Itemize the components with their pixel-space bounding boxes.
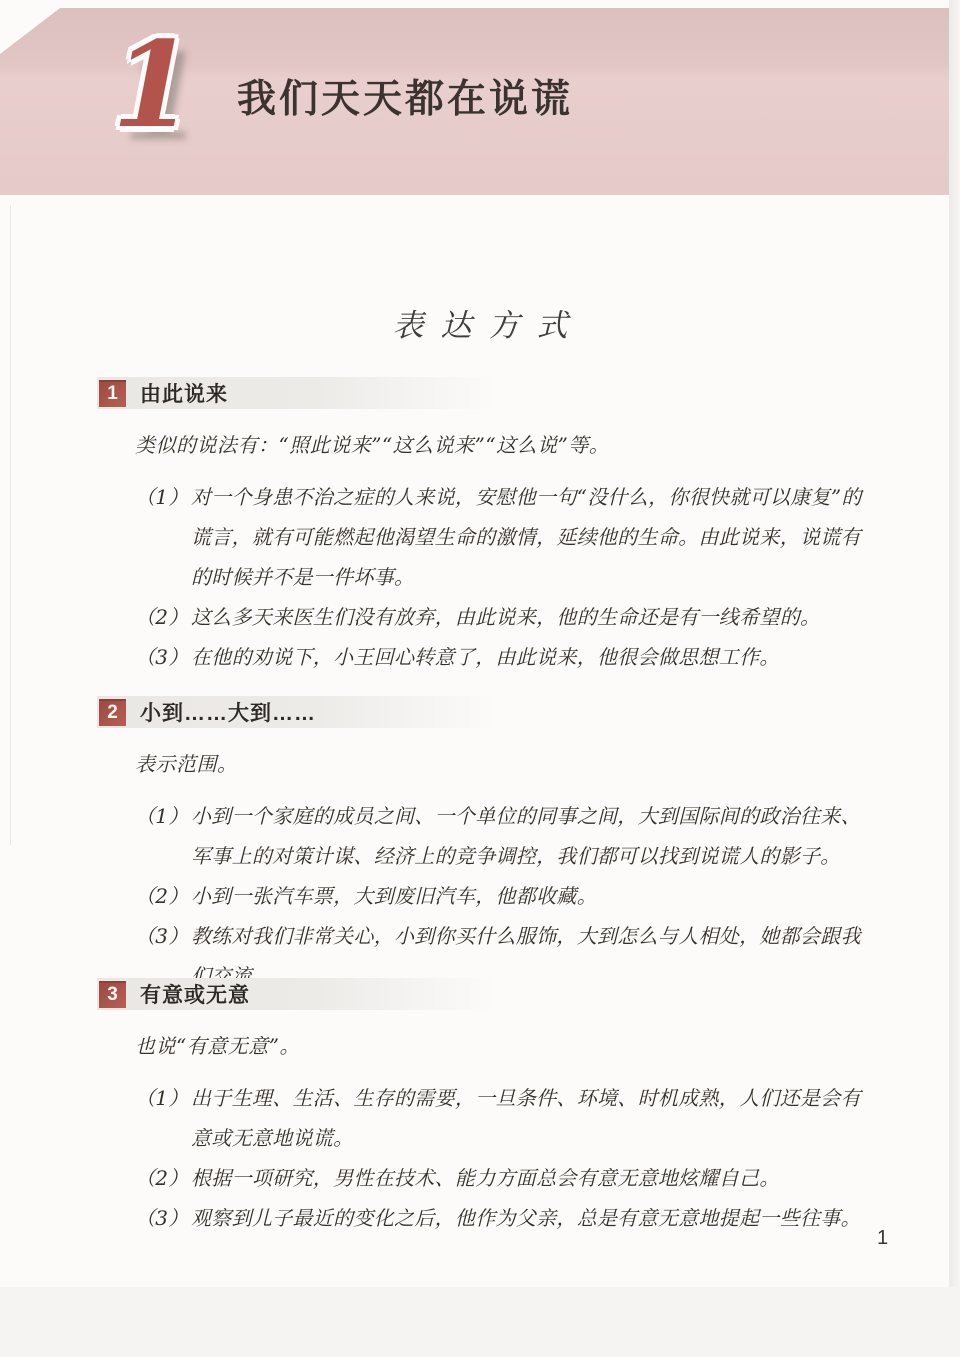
- example-list: （1） 出于生理、生活、生存的需要，一旦条件、环境、时机成熟，人们还是会有意或无…: [135, 1078, 875, 1238]
- example-item: （1） 对一个身患不治之症的人来说，安慰他一句“没什么，你很快就可以康复”的谎言…: [135, 477, 875, 597]
- example-item: （2） 这么多天来医生们没有放弃，由此说来，他的生命还是有一线希望的。: [135, 597, 875, 637]
- section-title: 小到……大到……: [140, 697, 316, 727]
- section-title: 由此说来: [140, 378, 228, 408]
- example-marker: （3）: [135, 1198, 189, 1238]
- example-marker: （1）: [135, 1078, 189, 1118]
- example-marker: （3）: [135, 637, 189, 677]
- example-marker: （1）: [135, 796, 189, 836]
- example-marker: （3）: [135, 916, 189, 956]
- section-xiaodao-dadao: 2 小到……大到…… 表示范围。 （1） 小到一个家庭的成员之间、一个单位的同事…: [99, 697, 875, 996]
- example-item: （1） 小到一个家庭的成员之间、一个单位的同事之间，大到国际间的政治往来、军事上…: [135, 796, 875, 876]
- chapter-title: 我们天天都在说谎: [237, 68, 573, 124]
- example-marker: （2）: [135, 597, 189, 637]
- scan-bottom-shade: [0, 1287, 960, 1357]
- section-intro: 类似的说法有：“照此说来”“这么说来”“这么说”等。: [135, 425, 875, 465]
- example-text: 观察到儿子最近的变化之后，他作为父亲，总是有意无意地提起一些往事。: [191, 1206, 861, 1230]
- section-intro: 也说“有意无意”。: [135, 1026, 875, 1066]
- example-item: （3） 在他的劝说下，小王回心转意了，由此说来，他很会做思想工作。: [135, 637, 875, 677]
- example-item: （3） 观察到儿子最近的变化之后，他作为父亲，总是有意无意地提起一些往事。: [135, 1198, 875, 1238]
- scan-right-edge: [949, 0, 960, 1357]
- section-header: 2 小到……大到……: [99, 697, 875, 727]
- example-marker: （2）: [135, 876, 189, 916]
- example-text: 在他的劝说下，小王回心转意了，由此说来，他很会做思想工作。: [191, 645, 780, 669]
- example-text: 这么多天来医生们没有放弃，由此说来，他的生命还是有一线希望的。: [191, 605, 820, 629]
- example-list: （1） 小到一个家庭的成员之间、一个单位的同事之间，大到国际间的政治往来、军事上…: [135, 796, 875, 996]
- example-text: 对一个身患不治之症的人来说，安慰他一句“没什么，你很快就可以康复”的谎言，就有可…: [191, 485, 862, 589]
- example-marker: （1）: [135, 477, 189, 517]
- page-number: 1: [877, 1227, 888, 1250]
- example-item: （2） 根据一项研究，男性在技术、能力方面总会有意无意地炫耀自己。: [135, 1158, 875, 1198]
- example-text: 小到一个家庭的成员之间、一个单位的同事之间，大到国际间的政治往来、军事上的对策计…: [191, 804, 861, 868]
- section-header: 1 由此说来: [99, 378, 875, 408]
- example-item: （2） 小到一张汽车票，大到废旧汽车，他都收藏。: [135, 876, 875, 916]
- section-number-badge: 3: [99, 981, 126, 1008]
- textbook-page: 1 我们天天都在说谎 表达方式 1 由此说来 类似的说法有：“照此说来”“这么说…: [0, 0, 960, 1357]
- section-header: 3 有意或无意: [99, 979, 875, 1009]
- example-list: （1） 对一个身患不治之症的人来说，安慰他一句“没什么，你很快就可以康复”的谎言…: [135, 477, 875, 677]
- section-youyi-wuyi: 3 有意或无意 也说“有意无意”。 （1） 出于生理、生活、生存的需要，一旦条件…: [99, 979, 875, 1238]
- section-title: 有意或无意: [140, 979, 250, 1009]
- chapter-number: 1: [112, 20, 194, 150]
- example-text: 出于生理、生活、生存的需要，一旦条件、环境、时机成熟，人们还是会有意或无意地说谎…: [191, 1086, 861, 1150]
- example-item: （1） 出于生理、生活、生存的需要，一旦条件、环境、时机成熟，人们还是会有意或无…: [135, 1078, 875, 1158]
- section-intro: 表示范围。: [135, 744, 875, 784]
- example-text: 小到一张汽车票，大到废旧汽车，他都收藏。: [191, 884, 597, 908]
- main-heading: 表达方式: [0, 300, 960, 345]
- example-marker: （2）: [135, 1158, 189, 1198]
- section-youcishuolai: 1 由此说来 类似的说法有：“照此说来”“这么说来”“这么说”等。 （1） 对一…: [99, 378, 875, 677]
- example-text: 根据一项研究，男性在技术、能力方面总会有意无意地炫耀自己。: [191, 1166, 780, 1190]
- section-body: 也说“有意无意”。 （1） 出于生理、生活、生存的需要，一旦条件、环境、时机成熟…: [135, 1026, 875, 1238]
- section-number-badge: 2: [99, 699, 126, 726]
- section-number-badge: 1: [99, 380, 126, 407]
- section-body: 表示范围。 （1） 小到一个家庭的成员之间、一个单位的同事之间，大到国际间的政治…: [135, 744, 875, 996]
- section-body: 类似的说法有：“照此说来”“这么说来”“这么说”等。 （1） 对一个身患不治之症…: [135, 425, 875, 677]
